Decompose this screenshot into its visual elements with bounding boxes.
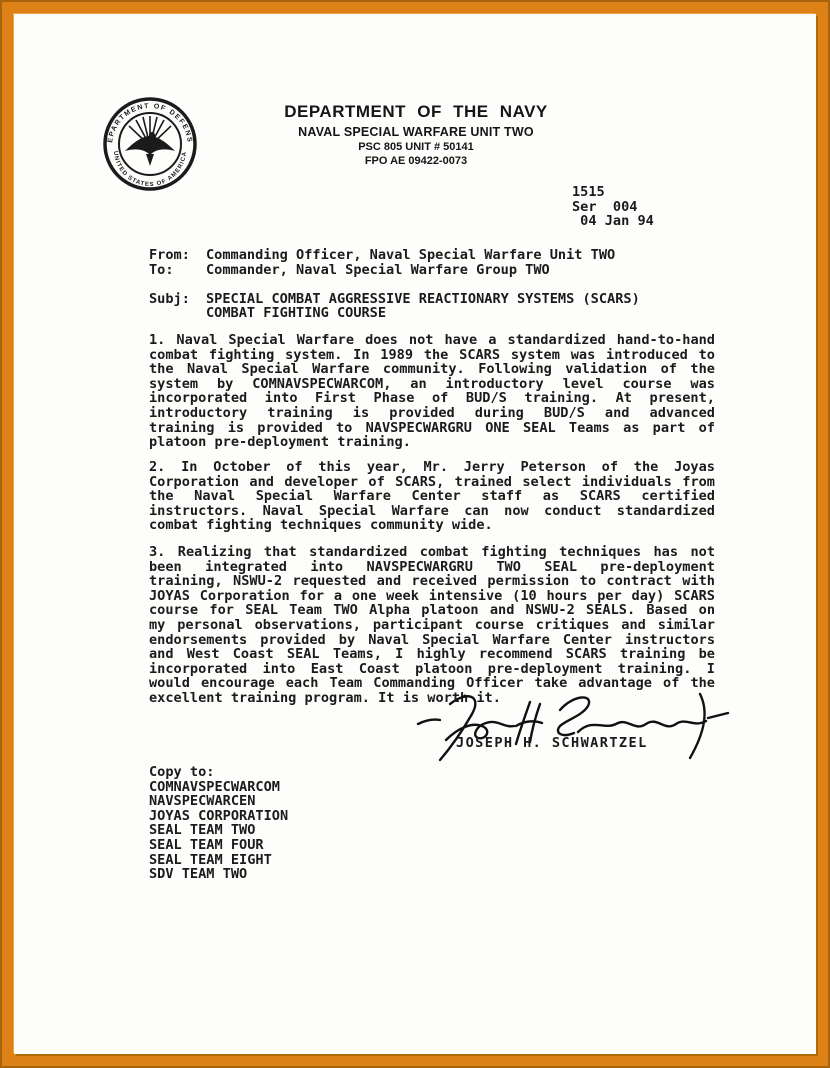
signer-typed-name: JOSEPH H. SCHWARTZEL xyxy=(456,735,648,751)
subject-value: SPECIAL COMBAT AGGRESSIVE REACTIONARY SY… xyxy=(206,292,719,321)
copy-to-label: Copy to: xyxy=(149,765,449,780)
copy-to-recipients: COMNAVSPECWARCOMNAVSPECWARCENJOYAS CORPO… xyxy=(149,780,449,882)
letterhead-address-line2: FPO AE 09422-0073 xyxy=(251,154,581,168)
address-block: From: Commanding Officer, Naval Special … xyxy=(149,248,719,321)
to-label: To: xyxy=(149,263,206,278)
seal-eagle xyxy=(125,132,175,166)
to-row: To: Commander, Naval Special Warfare Gro… xyxy=(149,263,719,278)
handwritten-signature xyxy=(412,686,734,770)
orange-frame: DEPARTMENT OF DEFENSE UNITED STATES OF A… xyxy=(0,0,830,1068)
letterhead-title: DEPARTMENT OF THE NAVY xyxy=(251,102,581,122)
letterhead-subtitle: NAVAL SPECIAL WARFARE UNIT TWO xyxy=(251,124,581,140)
from-label: From: xyxy=(149,248,206,263)
from-row: From: Commanding Officer, Naval Special … xyxy=(149,248,719,263)
scanned-letter-page: DEPARTMENT OF DEFENSE UNITED STATES OF A… xyxy=(14,14,816,1054)
paragraph-3: 3. Realizing that standardized combat fi… xyxy=(149,545,715,706)
subject-row: Subj: SPECIAL COMBAT AGGRESSIVE REACTION… xyxy=(149,292,719,321)
department-of-defense-seal-icon: DEPARTMENT OF DEFENSE UNITED STATES OF A… xyxy=(102,96,198,192)
letterhead-address-line1: PSC 805 UNIT # 50141 xyxy=(251,140,581,154)
paragraph-1: 1. Naval Special Warfare does not have a… xyxy=(149,333,715,450)
from-value: Commanding Officer, Naval Special Warfar… xyxy=(206,248,719,263)
letterhead: DEPARTMENT OF THE NAVY NAVAL SPECIAL WAR… xyxy=(251,102,581,168)
copy-to-block: Copy to: COMNAVSPECWARCOMNAVSPECWARCENJO… xyxy=(149,765,449,882)
to-value: Commander, Naval Special Warfare Group T… xyxy=(206,263,719,278)
reference-block: 1515Ser 004 04 Jan 94 xyxy=(572,185,654,229)
subject-label: Subj: xyxy=(149,292,206,321)
paragraph-2: 2. In October of this year, Mr. Jerry Pe… xyxy=(149,460,715,533)
